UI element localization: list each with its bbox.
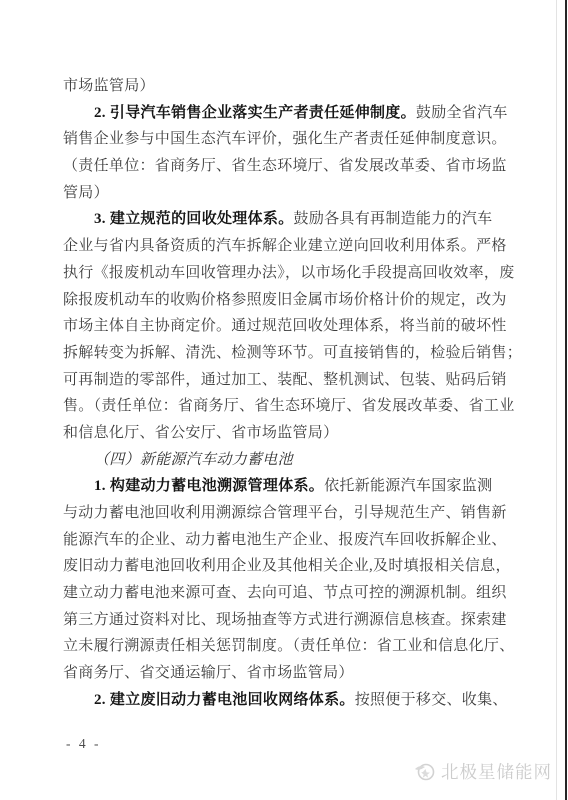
watermark: 北极星储能网 <box>413 759 552 784</box>
text-line: 立未履行溯源责任相关惩罚制度。（责任单位：省工业和信息化厅、 <box>63 633 525 660</box>
text-line: （责任单位：省商务厅、省生态环境厅、省发展改革委、省市场监 <box>63 153 525 180</box>
text-segment: 第三方通过资料对比、现场抽查等方式进行溯源信息核查。探索建 <box>63 612 507 628</box>
text-segment: 拆解转变为拆解、清洗、检测等环节。可直接销售的，检验后销售； <box>63 345 522 361</box>
text-segment: （责任单位：省商务厅、省生态环境厅、省发展改革委、省市场监 <box>63 158 507 174</box>
text-line: 除报废机动车的收购价格参照废旧金属市场价格计价的规定，改为 <box>63 287 525 314</box>
watermark-text: 北极星储能网 <box>441 759 552 784</box>
text-segment: 售。（责任单位：省商务厅、省生态环境厅、省发展改革委、省工业 <box>63 398 515 414</box>
page-number: - 4 - <box>66 736 101 752</box>
text-line: 2. 引导汽车销售企业落实生产者责任延伸制度。鼓励全省汽车 <box>63 100 525 127</box>
text-segment: 市场监管局） <box>63 78 155 94</box>
text-segment: 省商务厅、省交通运输厅、省市场监管局） <box>63 665 354 681</box>
text-segment: 执行《报废机动车回收管理办法》，以市场化手段提高回收效率，废 <box>63 265 515 281</box>
text-segment: 与动力蓄电池回收利用溯源综合管理平台，引导规范生产、销售新 <box>63 505 507 521</box>
text-line: 拆解转变为拆解、清洗、检测等环节。可直接销售的，检验后销售； <box>63 340 525 367</box>
text-segment: 和信息化厅、省公安厅、省市场监管局） <box>63 425 338 441</box>
text-line: 和信息化厅、省公安厅、省市场监管局） <box>63 420 525 447</box>
text-segment: 立未履行溯源责任相关惩罚制度。（责任单位：省工业和信息化厅、 <box>63 638 515 654</box>
text-segment: 2. 建立废旧动力蓄电池回收网络体系。 <box>94 692 355 708</box>
scan-edge-gray-line <box>556 0 557 800</box>
text-line: 3. 建立规范的回收处理体系。鼓励各具有再制造能力的汽车 <box>63 206 525 233</box>
text-segment: 1. 构建动力蓄电池溯源管理体系。 <box>94 478 324 494</box>
text-line: 销售企业参与中国生态汽车评价，强化生产者责任延伸制度意识。 <box>63 126 525 153</box>
text-line: 市场主体自主协商定价。通过规范回收处理体系，将当前的破坏性 <box>63 313 525 340</box>
text-segment: 销售企业参与中国生态汽车评价，强化生产者责任延伸制度意识。 <box>63 131 507 147</box>
text-segment: 市场主体自主协商定价。通过规范回收处理体系，将当前的破坏性 <box>63 318 507 334</box>
text-segment: 2. 引导汽车销售企业落实生产者责任延伸制度。 <box>94 105 416 121</box>
text-segment: 鼓励全省汽车 <box>416 105 508 121</box>
text-segment: 3. 建立规范的回收处理体系。 <box>94 211 294 227</box>
text-line: 与动力蓄电池回收利用溯源综合管理平台，引导规范生产、销售新 <box>63 500 525 527</box>
text-segment: 除报废机动车的收购价格参照废旧金属市场价格计价的规定，改为 <box>63 292 507 308</box>
text-segment: 能源汽车的企业、动力蓄电池生产企业、报废汽车回收拆解企业、 <box>63 532 507 548</box>
text-line: 可再制造的零部件，通过加工、装配、整机测试、包装、贴码后销 <box>63 367 525 394</box>
text-segment: 废旧动力蓄电池回收利用企业及其他相关企业,及时填报相关信息， <box>63 558 511 574</box>
text-segment: 可再制造的零部件，通过加工、装配、整机测试、包装、贴码后销 <box>63 372 507 388</box>
text-line: （四）新能源汽车动力蓄电池 <box>63 447 525 474</box>
text-segment: 建立动力蓄电池来源可查、去向可追、节点可控的溯源机制。组织 <box>63 585 507 601</box>
text-segment: 企业与省内具备资质的汽车拆解企业建立逆向回收利用体系。严格 <box>63 238 507 254</box>
text-segment: 按照便于移交、收集、 <box>355 692 508 708</box>
text-segment: 管局） <box>63 185 109 201</box>
polar-star-logo-icon <box>413 760 436 783</box>
text-line: 1. 构建动力蓄电池溯源管理体系。依托新能源汽车国家监测 <box>63 473 525 500</box>
text-line: 企业与省内具备资质的汽车拆解企业建立逆向回收利用体系。严格 <box>63 233 525 260</box>
text-line: 第三方通过资料对比、现场抽查等方式进行溯源信息核查。探索建 <box>63 607 525 634</box>
text-line: 售。（责任单位：省商务厅、省生态环境厅、省发展改革委、省工业 <box>63 393 525 420</box>
document-text: 市场监管局）2. 引导汽车销售企业落实生产者责任延伸制度。鼓励全省汽车销售企业参… <box>63 73 525 714</box>
text-segment: 依托新能源汽车国家监测 <box>324 478 492 494</box>
text-line: 建立动力蓄电池来源可查、去向可追、节点可控的溯源机制。组织 <box>63 580 525 607</box>
document-page: 市场监管局）2. 引导汽车销售企业落实生产者责任延伸制度。鼓励全省汽车销售企业参… <box>0 0 568 800</box>
text-line: 2. 建立废旧动力蓄电池回收网络体系。按照便于移交、收集、 <box>63 687 525 714</box>
text-line: 执行《报废机动车回收管理办法》，以市场化手段提高回收效率，废 <box>63 260 525 287</box>
text-segment: 鼓励各具有再制造能力的汽车 <box>294 211 493 227</box>
scan-edge-black-line <box>565 0 567 800</box>
text-line: 市场监管局） <box>63 73 525 100</box>
text-line: 省商务厅、省交通运输厅、省市场监管局） <box>63 660 525 687</box>
text-line: 废旧动力蓄电池回收利用企业及其他相关企业,及时填报相关信息， <box>63 553 525 580</box>
text-line: 能源汽车的企业、动力蓄电池生产企业、报废汽车回收拆解企业、 <box>63 527 525 554</box>
text-line: 管局） <box>63 180 525 207</box>
text-segment: （四）新能源汽车动力蓄电池 <box>94 452 293 468</box>
